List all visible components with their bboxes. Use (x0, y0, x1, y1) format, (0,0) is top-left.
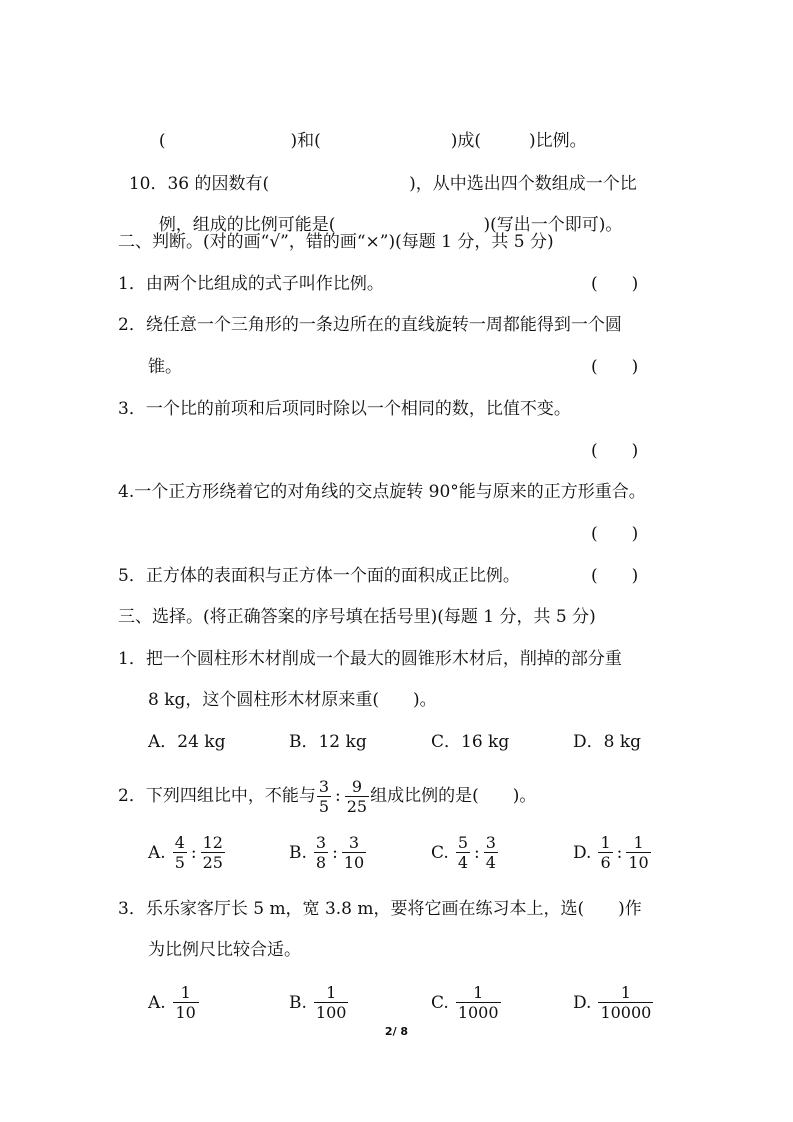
ratio-colon: : (617, 841, 623, 865)
choice-q2-stem: 2．下列四组比中，不能与 35 : 925 组成比例的是( )。 (118, 776, 536, 816)
choice-q3-option-a[interactable]: A. 110 (148, 983, 200, 1022)
denominator: 4 (456, 852, 470, 872)
numerator: 12 (201, 833, 225, 852)
denominator: 25 (201, 852, 225, 872)
numerator: 9 (350, 777, 364, 796)
choice-q3-line2: 为比例尺比较合适。 (148, 938, 301, 962)
ratio-colon: : (191, 841, 197, 865)
choice-q1-line2: 8 kg，这个圆柱形木材原来重( )。 (148, 688, 437, 712)
judge-answer-1[interactable]: ( ) (591, 272, 638, 296)
denominator: 10 (342, 852, 366, 872)
option-label: C. (431, 841, 449, 865)
section2-heading: 二、判断。(对的画“√”，错的画“×”)(每题 1 分，共 5 分) (118, 230, 554, 254)
choice-q1-option-d[interactable]: D．8 kg (573, 730, 641, 754)
choice-q1-line1: 1．把一个圆柱形木材削成一个最大的圆锥形木材后，削掉的部分重 (118, 647, 622, 671)
choice-q1-option-b[interactable]: B．12 kg (289, 730, 367, 754)
judge-item-2: 2．绕任意一个三角形的一条边所在的直线旋转一周都能得到一个圆 (118, 313, 622, 337)
choice-q2-option-c[interactable]: C. 54 : 34 (431, 833, 499, 872)
numerator: 1 (631, 833, 645, 852)
choice-q3-line1: 3．乐乐家客厅长 5 m，宽 3.8 m，要将它画在练习本上，选( )作 (118, 897, 642, 921)
judge-item-3: 3．一个比的前项和后项同时除以一个相同的数，比值不变。 (118, 397, 571, 421)
fraction: 45 (173, 833, 187, 872)
q2-stem-pre: 2．下列四组比中，不能与 (118, 784, 316, 808)
choice-q3-option-c[interactable]: C. 11000 (431, 983, 502, 1022)
denominator: 4 (484, 852, 498, 872)
denominator: 10 (626, 852, 650, 872)
fraction: 110 (626, 833, 650, 872)
choice-q3-option-b[interactable]: B. 1100 (289, 983, 349, 1022)
fraction: 16 (598, 833, 612, 872)
denominator: 6 (598, 852, 612, 872)
option-label: A. (148, 841, 166, 865)
judge-answer-2[interactable]: ( ) (591, 355, 638, 379)
denominator: 8 (314, 852, 328, 872)
choice-q1-option-a[interactable]: A．24 kg (148, 730, 226, 754)
numerator: 1 (619, 983, 633, 1002)
section3-heading: 三、选择。(将正确答案的序号填在括号里)(每题 1 分，共 5 分) (118, 605, 596, 629)
fraction: 1100 (314, 983, 349, 1022)
fraction: 1225 (201, 833, 225, 872)
denominator: 25 (345, 796, 369, 816)
q2-stem-post: 组成比例的是( )。 (370, 784, 536, 808)
option-label: B. (289, 991, 307, 1015)
numerator: 1 (598, 833, 612, 852)
judge-item-2-cont: 锥。 (148, 355, 182, 379)
ratio-colon: : (335, 784, 341, 808)
page-number: 2/ 8 (0, 1025, 793, 1038)
fraction: 38 (314, 833, 328, 872)
choice-q2-option-b[interactable]: B. 38 : 310 (289, 833, 367, 872)
ratio-colon: : (474, 841, 480, 865)
judge-item-5: 5．正方体的表面积与正方体一个面的面积成正比例。 (118, 564, 520, 588)
judge-answer-5[interactable]: ( ) (591, 564, 638, 588)
denominator: 10000 (598, 1002, 653, 1022)
denominator: 10 (173, 1002, 199, 1022)
fraction: 11000 (456, 983, 501, 1022)
denominator: 1000 (456, 1002, 501, 1022)
option-label: D. (573, 991, 591, 1015)
fraction-3-5: 35 (317, 777, 331, 816)
option-label: D. (573, 841, 591, 865)
fraction: 110 (173, 983, 199, 1022)
judge-answer-3[interactable]: ( ) (591, 439, 638, 463)
fraction: 110000 (598, 983, 653, 1022)
ratio-colon: : (332, 841, 338, 865)
option-label: C. (431, 991, 449, 1015)
denominator: 5 (317, 796, 331, 816)
fraction: 34 (484, 833, 498, 872)
numerator: 3 (347, 833, 361, 852)
numerator: 5 (456, 833, 470, 852)
judge-item-1: 1．由两个比组成的式子叫作比例。 (118, 272, 384, 296)
fraction-9-25: 925 (345, 777, 369, 816)
choice-q3-option-d[interactable]: D. 110000 (573, 983, 654, 1022)
numerator: 4 (173, 833, 187, 852)
choice-q1-option-c[interactable]: C．16 kg (431, 730, 509, 754)
q9-continuation: ()和()成()比例。 (148, 105, 587, 153)
fraction: 310 (342, 833, 366, 872)
numerator: 1 (179, 983, 193, 1002)
numerator: 3 (314, 833, 328, 852)
judge-item-4: 4.一个正方形绕着它的对角线的交点旋转 90°能与原来的正方形重合。 (118, 480, 646, 504)
denominator: 100 (314, 1002, 349, 1022)
numerator: 1 (471, 983, 485, 1002)
fraction: 54 (456, 833, 470, 872)
numerator: 3 (317, 777, 331, 796)
choice-q2-option-a[interactable]: A. 45 : 1225 (148, 833, 226, 872)
numerator: 1 (324, 983, 338, 1002)
option-label: B. (289, 841, 307, 865)
denominator: 5 (173, 852, 187, 872)
choice-q2-option-d[interactable]: D. 16 : 110 (573, 833, 652, 872)
numerator: 3 (484, 833, 498, 852)
judge-answer-4[interactable]: ( ) (591, 522, 638, 546)
option-label: A. (148, 991, 166, 1015)
